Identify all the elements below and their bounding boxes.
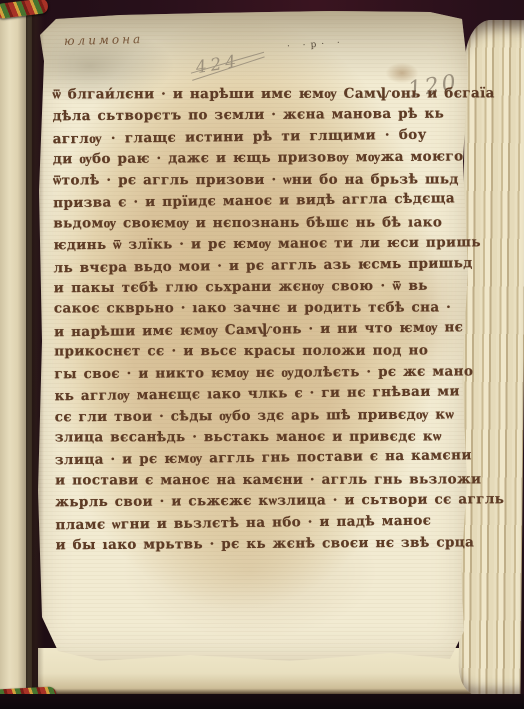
manuscript-text-line: ль вчєра вьдо мои · и рє аггль азь ѥсмь … <box>54 253 428 279</box>
text-block: ѿ блгаи́лєни · и нарѣши имє ѥмѹ Самѱонь … <box>52 83 429 557</box>
gutter-shadow <box>26 10 44 700</box>
manuscript-text-line: ѿ блгаи́лєни · и нарѣши имє ѥмѹ Самѱонь … <box>52 84 426 106</box>
header-annotation: юлимона <box>64 32 144 48</box>
manuscript-text-line: и постави є маноє на камєни · аггль гнь … <box>55 469 429 491</box>
manuscript-text-line: ѥдинь ѿ злїкь · и рє ѥмѹ маноє ти ли ѥси… <box>53 233 427 257</box>
manuscript-text-line: ди ѹбо раѥ · дажє и ѥщь призовѹ мѹжа моѥ… <box>53 147 427 171</box>
manuscript-text-line: агглѹ · глащє истини рѣ ти глщими · боу <box>53 125 427 151</box>
manuscript-text-line: вьдомѹ своѥмѹ и нєпознань бѣшє нь бѣ ıак… <box>53 212 427 234</box>
manuscript-text-line: сє гли твои · сѣды ѹбо здє арь шѣ привєд… <box>55 404 429 428</box>
manuscript-text-line: и пакы тєбѣ глю сьхрани жєнѹ свою · ѿ вь <box>54 276 428 300</box>
manuscript-photo: юлимона 424 · ·р· · 120 ѿ блгаи́лєни · и… <box>0 0 524 709</box>
manuscript-text-line: сакоє скврьно · ıако зачнє и родить тєбѣ… <box>54 298 428 320</box>
manuscript-text-line: и нарѣши имє ѥмѹ Самѱонь · и ни что ѥмѹ … <box>54 318 428 344</box>
fore-edge-page-stack <box>458 20 524 697</box>
manuscript-text-line: пламє ѡгни и вьзлєтѣ на нбо · и падѣ ман… <box>55 510 429 536</box>
manuscript-text-line: призва є · и прїидє маноє и видѣ аггла с… <box>53 189 427 215</box>
binding-bottom-edge <box>0 694 524 709</box>
manuscript-text-line: прикоснєт сє · и вьсє красы положи под н… <box>54 341 428 363</box>
manuscript-text-line: и бы ıако мрьтвь · рє кь жєнѣ своєи нє з… <box>56 533 430 557</box>
manuscript-text-line: ѿтолѣ · рє аггль призови · ѡни бо на брь… <box>53 169 427 191</box>
manuscript-text-line: злица · и рє ѥмѹ аггль гнь постави є на … <box>55 446 429 472</box>
